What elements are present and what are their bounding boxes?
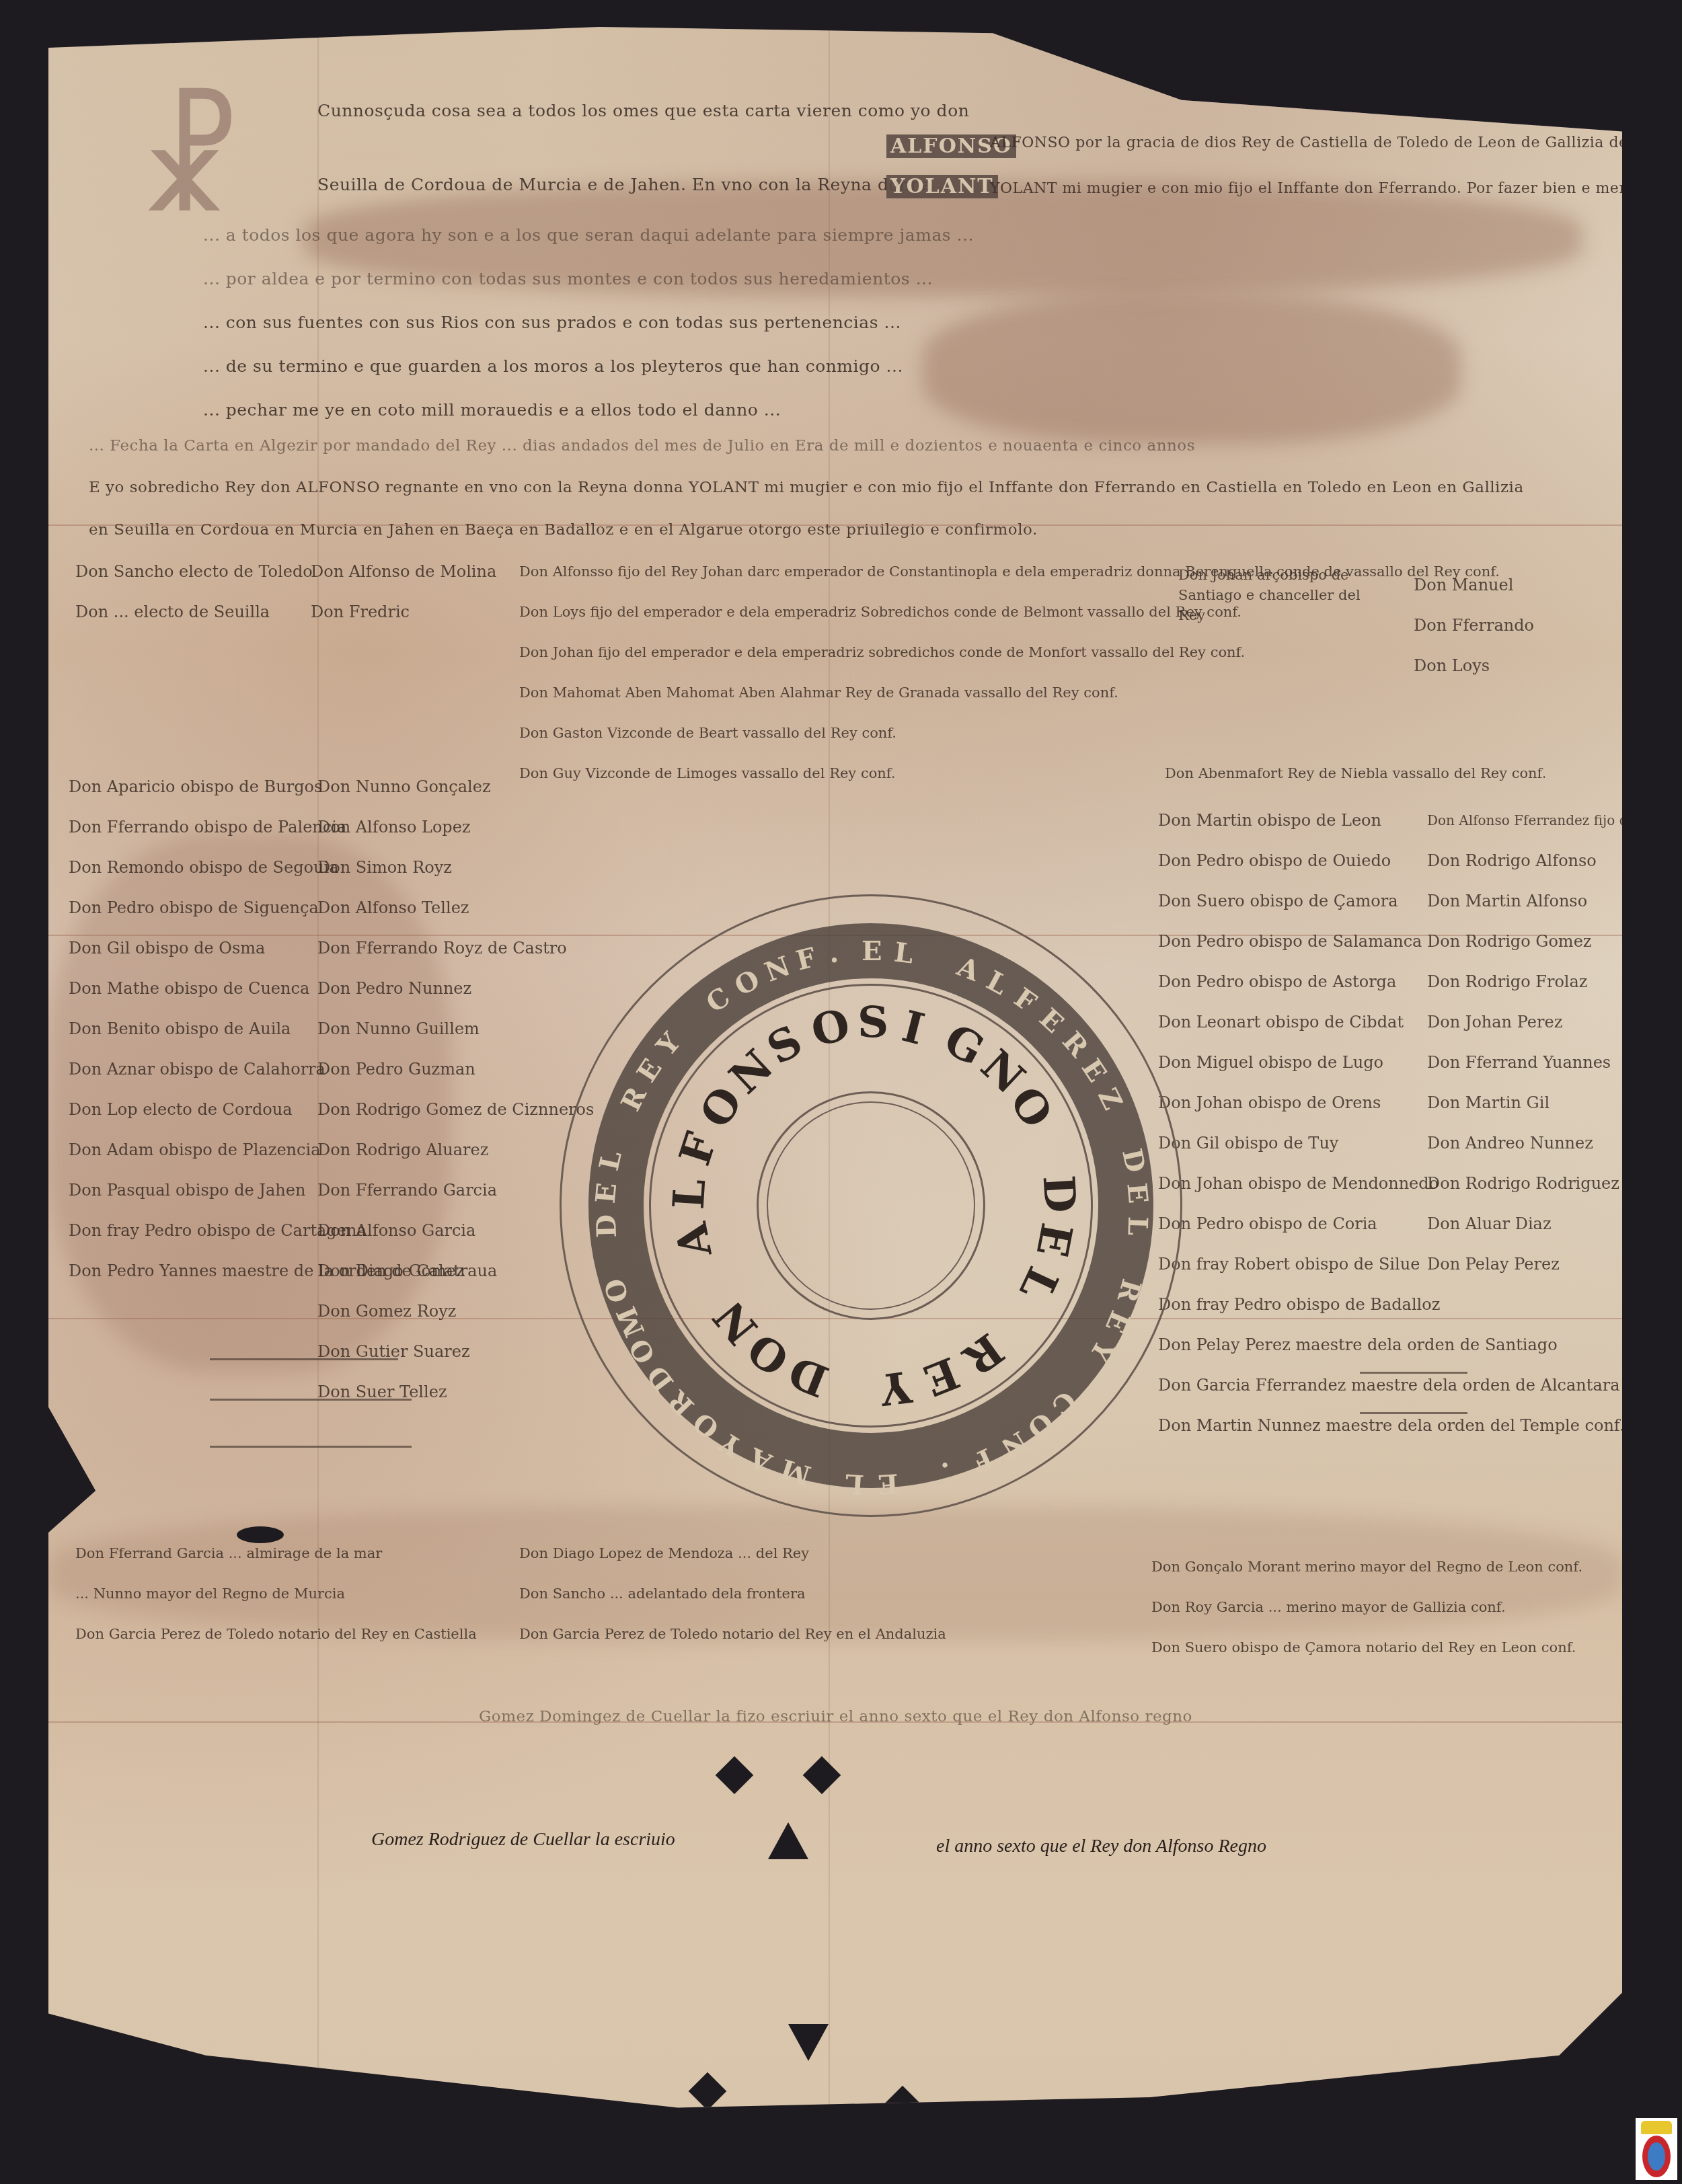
confirmant: Don Rodrigo Gomez: [1427, 921, 1670, 962]
column-nobles-left: Don Nunno Gonçalez Don Alfonso Lopez Don…: [317, 767, 594, 1412]
confirmant: Don Nunno Gonçalez: [317, 767, 594, 807]
annotation-left: Gomez Rodriguez de Cuellar la escriuio: [371, 1829, 675, 1850]
scribe-line: Gomez Domingez de Cuellar la fizo escriu…: [479, 1708, 1192, 1725]
signature-rule: [1360, 1372, 1467, 1374]
confirmant: Don Rodrigo Aluarez: [317, 1130, 594, 1170]
confirmant: Don Pedro Nunnez: [317, 968, 594, 1009]
confirmant: Don Sancho electo de Toledo: [75, 551, 313, 592]
confirmant: Don Andreo Nunnez: [1427, 1123, 1670, 1163]
confirmants-top-left: Don Sancho electo de Toledo Don ... elec…: [75, 551, 313, 632]
signature-rule: [210, 1399, 412, 1401]
confirmant: Don fray Pedro obispo de Badalloz: [1158, 1284, 1665, 1325]
signature-rule: [210, 1446, 412, 1448]
confirmant: Don Fferrando Royz de Castro: [317, 928, 594, 968]
coat-of-arms-icon: [1636, 2118, 1677, 2180]
annotation-bottom-right: Don Alfonso ... fizo este priuilegio: [1057, 2118, 1260, 2136]
confirmant: Don Fferrando Garcia: [317, 1170, 594, 1210]
confirmant: Don Pelay Perez maestre dela orden de Sa…: [1158, 1325, 1665, 1365]
confirmant: Don Garcia Fferrandez maestre dela orden…: [1158, 1365, 1665, 1405]
confirmant: Don Diago Gomez: [317, 1251, 594, 1291]
confirmant: Don Gonçalo Morant merino mayor del Regn…: [1151, 1547, 1582, 1587]
confirmants-top-far-right: Don Manuel Don Fferrando Don Loys: [1414, 565, 1534, 686]
confirmation-clause: en Seuilla en Cordoua en Murcia en Jahen…: [89, 521, 1038, 539]
confirmant: Don Garcia Perez de Toledo notario del R…: [519, 1614, 946, 1654]
heading-line: ALFONSO por la gracia de dios Rey de Cas…: [990, 134, 1628, 151]
annotation-bottom-left: ... priuilegio: [143, 2105, 216, 2122]
heading-line: ... de su termino e que guarden a los mo…: [203, 356, 903, 376]
damage-hole: [716, 1756, 754, 1795]
confirmant: ... Nunno mayor del Regno de Murcia: [75, 1573, 477, 1614]
dating-clause: ... Fecha la Carta en Algezir por mandad…: [89, 437, 1195, 455]
confirmant: Don Suer Tellez: [317, 1372, 594, 1412]
confirmant: Don Garcia Perez de Toledo notario del R…: [75, 1614, 477, 1654]
confirmant: Don Gutier Suarez: [317, 1331, 594, 1372]
confirmant: Don Alfonso Lopez: [317, 807, 594, 847]
confirmant: Don Fferrando: [1414, 605, 1534, 646]
crown-icon: [1641, 2121, 1672, 2134]
confirmant: Don Martin Nunnez maestre dela orden del…: [1158, 1405, 1665, 1446]
annotation-right: el anno sexto que el Rey don Alfonso Reg…: [936, 1836, 1266, 1857]
confirmants-niebla: Don Abenmafort Rey de Niebla vassallo de…: [1165, 753, 1546, 793]
heading-line: ... a todos los que agora hy son e a los…: [203, 225, 974, 245]
parchment-document: ☧ Cunnosçuda cosa sea a todos los omes q…: [48, 27, 1622, 2118]
chrismon-icon: ☧: [122, 87, 257, 242]
heading-line: Cunnosçuda cosa sea a todos los omes que…: [317, 101, 969, 120]
confirmant: Don Aluar Diaz: [1427, 1204, 1670, 1244]
damage-hole: [237, 1526, 284, 1543]
heading-line: YOLANT mi mugier e con mio fijo el Inffa…: [990, 180, 1650, 197]
confirmant: Don Mahomat Aben Mahomat Aben Alahmar Re…: [519, 672, 1500, 713]
damage-hole: [803, 1756, 841, 1795]
confirmant: Don Alfonso Tellez: [317, 888, 594, 928]
confirmant: Don ... electo de Seuilla: [75, 592, 313, 632]
queen-name: YOLANT: [886, 175, 998, 198]
damage-hole: [689, 2072, 727, 2111]
water-stain: [923, 296, 1461, 444]
confirmant: Don Rodrigo Rodriguez: [1427, 1163, 1670, 1204]
confirmant: Don Pedro Guzman: [317, 1049, 594, 1089]
confirmant: Don Martin Gil: [1427, 1083, 1670, 1123]
confirmant: Don Simon Royz: [317, 847, 594, 888]
confirmant: Don Nunno Guillem: [317, 1009, 594, 1049]
heading-line: Seuilla de Cordoua de Murcia e de Jahen.…: [317, 175, 932, 194]
heading-line: ... por aldea e por termino con todas su…: [203, 269, 933, 288]
confirmation-clause: E yo sobredicho Rey don ALFONSO regnante…: [89, 479, 1524, 496]
confirmant: Don Fredric: [311, 592, 496, 632]
confirmant: Don Johan Perez: [1427, 1002, 1670, 1042]
heading-line: ... con sus fuentes con sus Rios con sus…: [203, 313, 901, 332]
confirmant: Don Diago Lopez de Mendoza ... del Rey: [519, 1533, 946, 1573]
confirmant: Don Abenmafort Rey de Niebla vassallo de…: [1165, 753, 1546, 793]
damage-hole: [788, 2024, 829, 2061]
heading-line: YOLANT: [882, 175, 1002, 198]
confirmant: Don Sancho ... adelantado dela frontera: [519, 1573, 946, 1614]
seal-outer-text: EL ALFEREZ DEL REY CONF. EL MAYORDOMO DE…: [588, 923, 1153, 1488]
heading-line: ... pechar me ye en coto mill morauedis …: [203, 400, 781, 420]
confirmant: Don Alfonso Garcia: [317, 1210, 594, 1251]
confirmant: Don Alfonso Fferrandez fijo del Rey: [1427, 800, 1670, 841]
confirmant: Don Rodrigo Alfonso: [1427, 841, 1670, 881]
confirmant: Don Alfonso de Molina: [311, 551, 496, 592]
confirmant: Don Gomez Royz: [317, 1291, 594, 1331]
damage-hole: [768, 1822, 808, 1859]
confirmant: Don Manuel: [1414, 565, 1534, 605]
confirmant: Don Loys: [1414, 646, 1534, 686]
bottom-right-officials: Don Gonçalo Morant merino mayor del Regn…: [1151, 1547, 1582, 1668]
signature-rule: [210, 1358, 398, 1360]
confirmant: Don Gaston Vizconde de Beart vassallo de…: [519, 713, 1500, 753]
confirmant: Don Roy Garcia ... merino mayor de Galli…: [1151, 1587, 1582, 1627]
confirmant: Don Rodrigo Gomez de Ciznneros: [317, 1089, 594, 1130]
confirmant: Don Suero obispo de Çamora notario del R…: [1151, 1627, 1582, 1668]
confirmant: Don Pelay Perez: [1427, 1244, 1670, 1284]
bottom-center-officials: Don Diago Lopez de Mendoza ... del Rey D…: [519, 1533, 946, 1654]
confirmant: Don Martin Alfonso: [1427, 881, 1670, 921]
confirmant: Don Fferrand Yuannes: [1427, 1042, 1670, 1083]
bottom-left-officials: Don Fferrand Garcia ... almirage de la m…: [75, 1533, 477, 1654]
confirmants-top-left-2: Don Alfonso de Molina Don Fredric: [311, 551, 496, 632]
confirmants-top-right: Don Johan arçobispo de Santiago e chance…: [1178, 565, 1380, 646]
damage-hole: [884, 2086, 922, 2124]
rueda-seal-icon: SIGNO DEL REY DON ALFONSO EL ALFEREZ DEL…: [560, 894, 1182, 1517]
signature-rule: [1360, 1412, 1467, 1414]
confirmant: Don Johan arçobispo de Santiago e chance…: [1178, 565, 1380, 646]
confirmant: Don Rodrigo Frolaz: [1427, 962, 1670, 1002]
column-nobles-right: Don Alfonso Fferrandez fijo del Rey Don …: [1427, 800, 1670, 1284]
